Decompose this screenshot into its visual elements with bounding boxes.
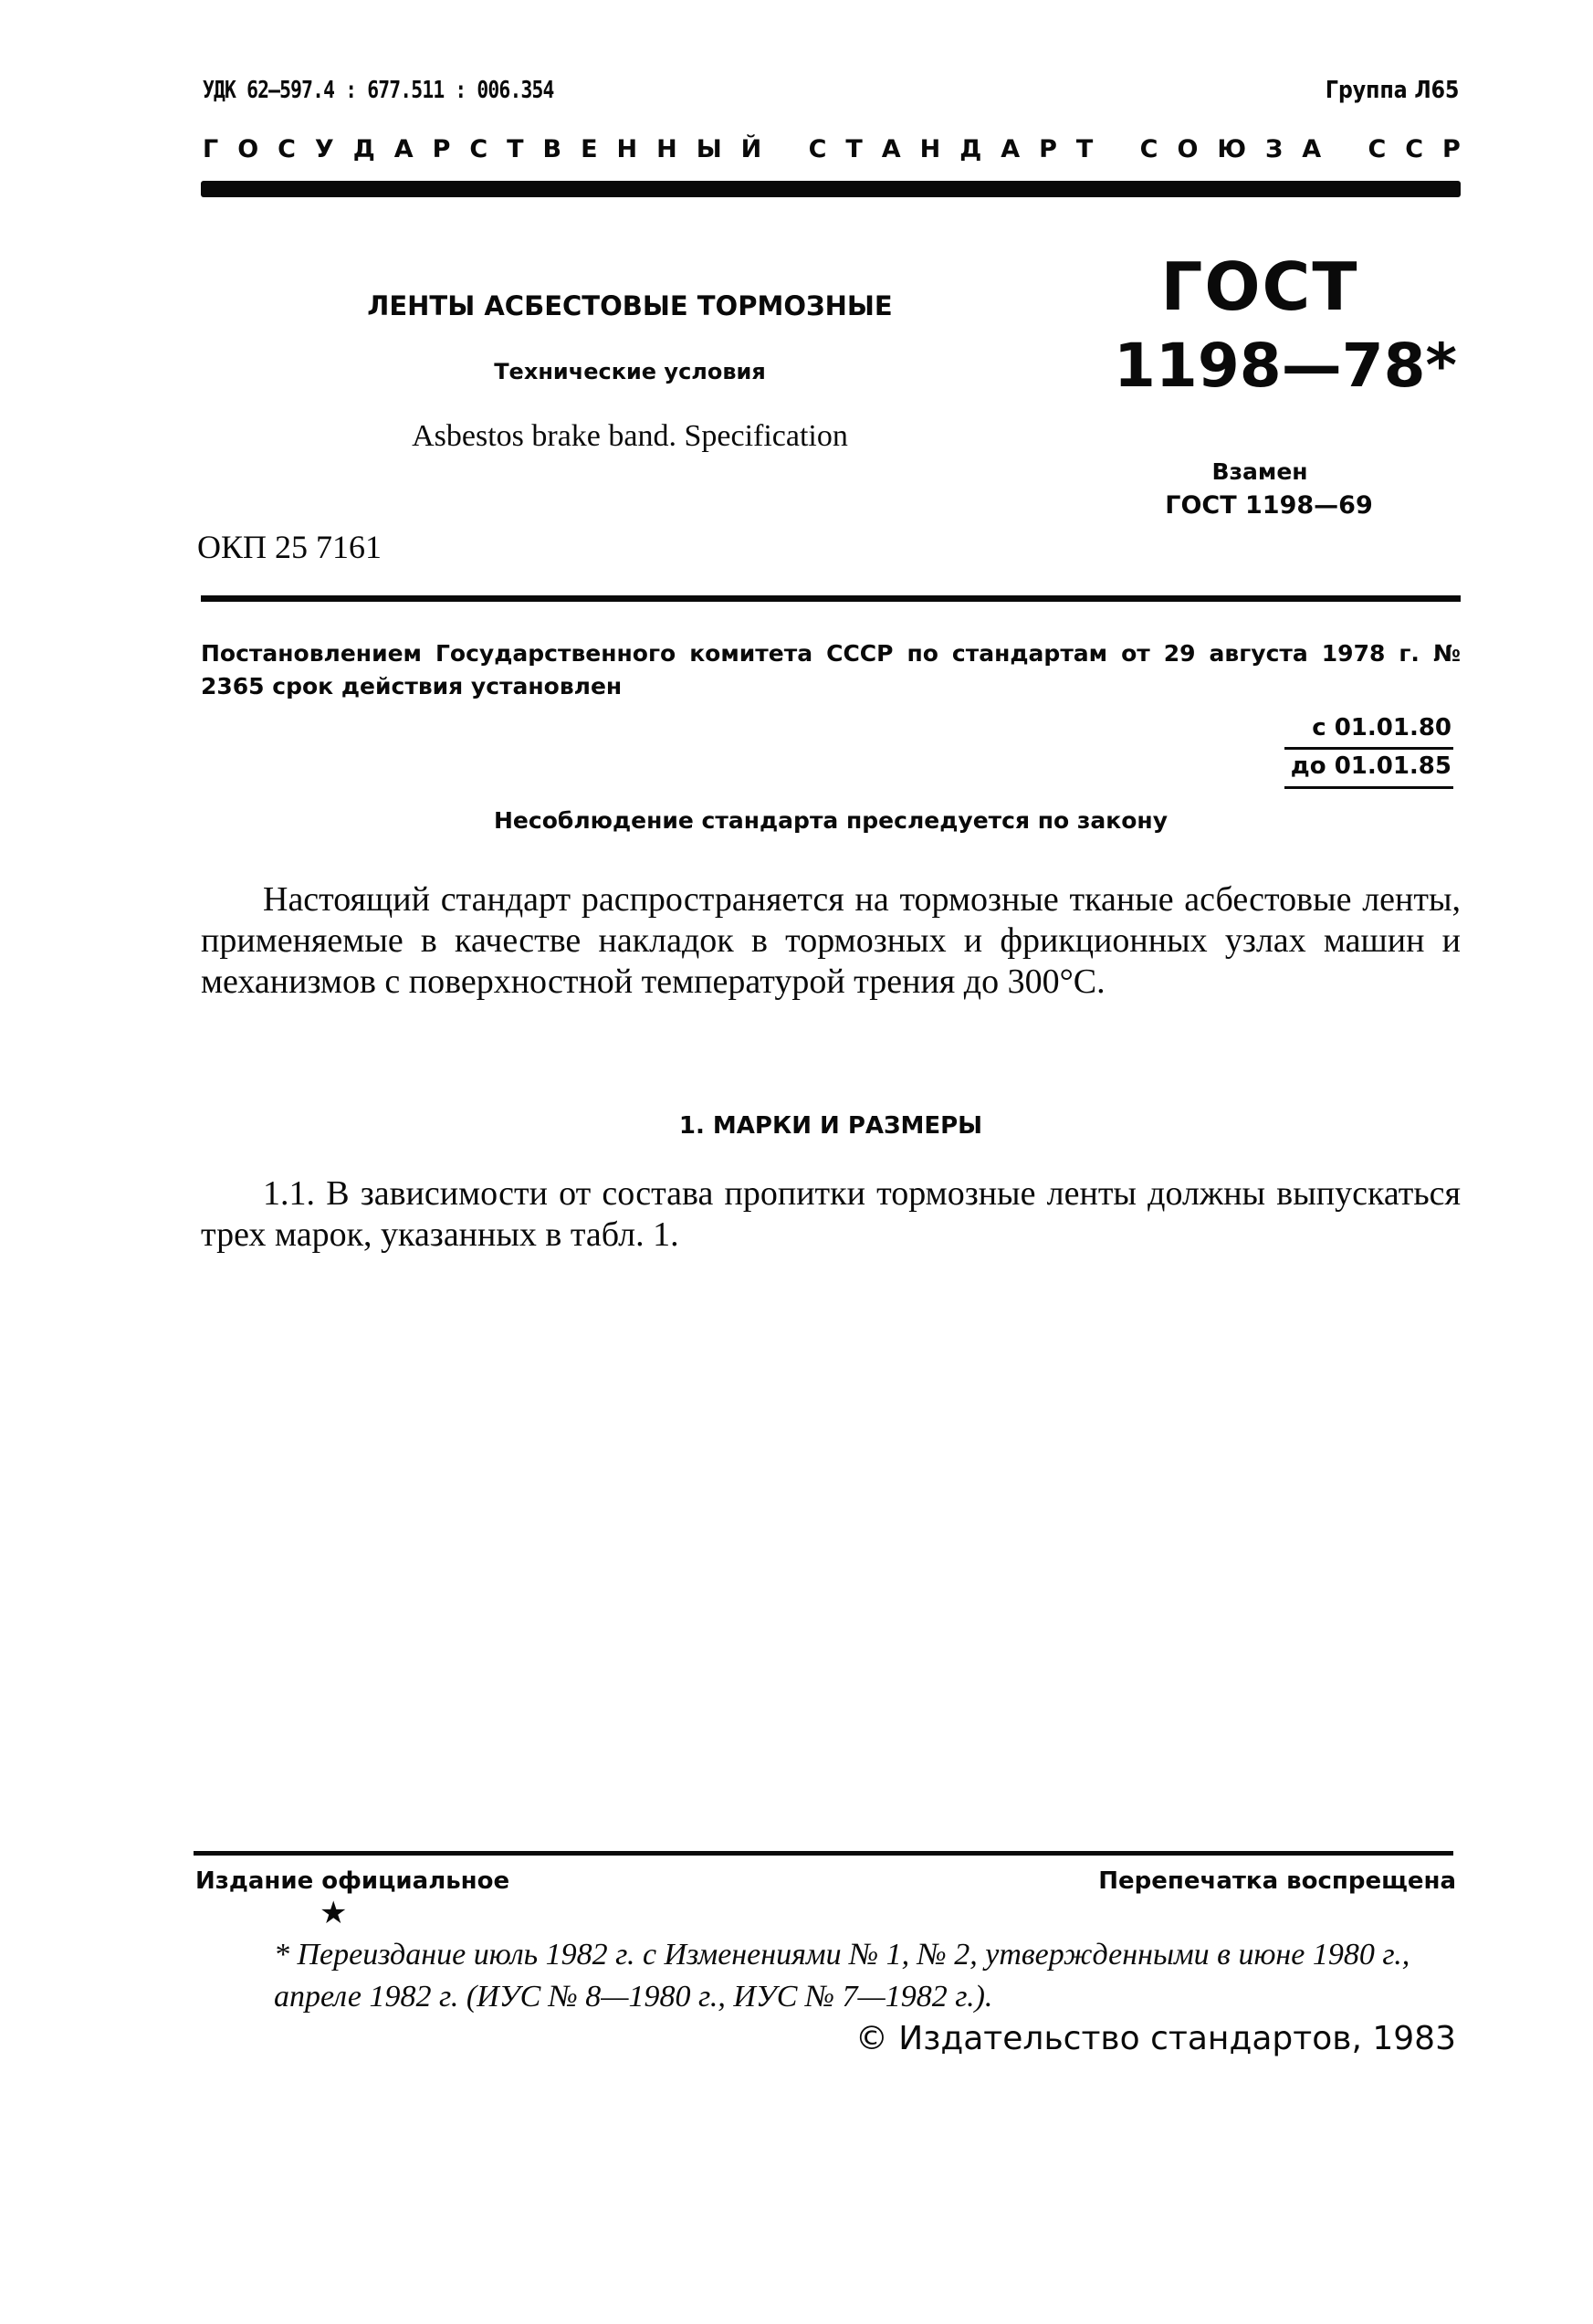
heading-letter: С — [1368, 135, 1386, 163]
valid-from-date: с 01.01.80 — [1284, 714, 1452, 741]
heading-letter: Н — [920, 135, 941, 163]
star-icon: ★ — [320, 1898, 347, 1929]
replaces-value: ГОСТ 1198—69 — [1132, 491, 1406, 520]
footer-rule — [194, 1851, 1453, 1856]
gost-number: 1198—78* — [1114, 331, 1415, 401]
heading-letter: Т — [845, 135, 862, 163]
heading-letter: В — [543, 135, 562, 163]
heading-letter: С — [278, 135, 296, 163]
header-thick-rule — [201, 181, 1461, 197]
heading-letter: С — [469, 135, 487, 163]
heading-letter: С — [809, 135, 827, 163]
heading-letter: Т — [1076, 135, 1093, 163]
heading-letter: С — [1140, 135, 1158, 163]
reprint-notice: Перепечатка воспрещена — [1098, 1867, 1456, 1895]
heading-letter: Р — [433, 135, 451, 163]
validity-underline — [1284, 786, 1453, 789]
udk-code: УДК 62—597.4 : 677.511 : 006.354 — [203, 77, 554, 104]
heading-letter: А — [1001, 135, 1020, 163]
heading-letter: О — [1177, 135, 1198, 163]
legal-warning: Несоблюдение стандарта преследуется по з… — [201, 807, 1461, 834]
heading-letter: Д — [959, 135, 981, 163]
heading-letter: С — [1405, 135, 1423, 163]
heading-letter — [1112, 135, 1120, 163]
heading-letter: У — [315, 135, 334, 163]
paragraph-1-1: 1.1. В зависимости от состава пропитки т… — [201, 1173, 1461, 1256]
heading-letter — [1340, 135, 1348, 163]
heading-letter: Н — [617, 135, 638, 163]
validity-divider — [1284, 747, 1453, 750]
document-title: ЛЕНТЫ АСБЕСТОВЫЕ ТОРМОЗНЫЕ — [365, 290, 895, 321]
heading-letter: Т — [507, 135, 523, 163]
state-standard-heading: ГОСУДАРСТВЕННЫЙ СТАНДАРТ СОЮЗА ССР — [203, 135, 1461, 163]
reissue-footnote: * Переиздание июль 1982 г. с Изменениями… — [274, 1934, 1461, 2018]
english-title: Asbestos brake band. Specification — [365, 418, 895, 455]
group-code: Группа Л65 — [1325, 77, 1459, 104]
heading-letter: Д — [353, 135, 375, 163]
title-block-rule — [201, 595, 1461, 602]
document-subtitle: Технические условия — [365, 359, 895, 384]
heading-letter: Р — [1039, 135, 1057, 163]
decree-text: Постановлением Государственного комитета… — [201, 637, 1461, 703]
replaces-label: Взамен — [1159, 458, 1360, 485]
intro-paragraph: Настоящий стандарт распространяется на т… — [201, 879, 1461, 1003]
okp-code: ОКП 25 7161 — [197, 528, 382, 566]
heading-letter: А — [394, 135, 414, 163]
heading-letter: Й — [741, 135, 762, 163]
heading-letter: З — [1265, 135, 1283, 163]
heading-letter: Ы — [697, 135, 722, 163]
heading-letter: А — [882, 135, 901, 163]
heading-letter: Ю — [1217, 135, 1246, 163]
heading-letter: А — [1302, 135, 1321, 163]
heading-letter: О — [237, 135, 258, 163]
heading-letter: Р — [1442, 135, 1461, 163]
heading-letter: Е — [581, 135, 597, 163]
heading-letter: Н — [656, 135, 677, 163]
valid-to-date: до 01.01.85 — [1284, 752, 1452, 780]
edition-label: Издание официальное — [195, 1867, 509, 1895]
copyright-notice: © Издательство стандартов, 1983 — [855, 2020, 1456, 2057]
heading-letter — [781, 135, 789, 163]
gost-label: ГОСТ — [1159, 248, 1360, 325]
section-heading-1: 1. МАРКИ И РАЗМЕРЫ — [201, 1112, 1461, 1140]
heading-letter: Г — [203, 135, 218, 163]
